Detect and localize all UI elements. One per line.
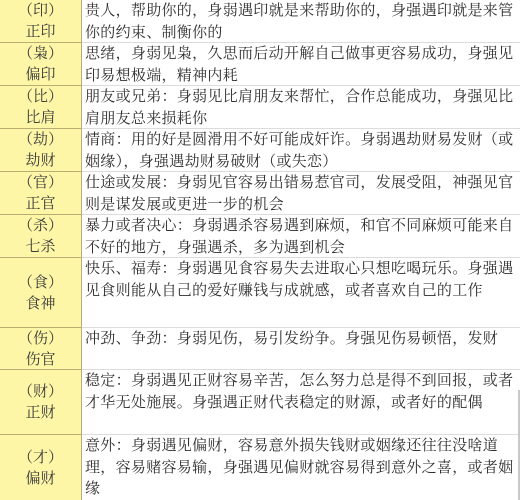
abbr-label: （才） bbox=[18, 447, 63, 468]
label-cell: （官） 正官 bbox=[0, 172, 82, 215]
label-cell: （印） 正印 bbox=[0, 0, 82, 43]
description-cell: 朋友或兄弟：身弱见比肩朋友来帮忙，合作总能成功，身强见比肩朋友总来损耗你 bbox=[82, 86, 520, 129]
name-label: 劫财 bbox=[25, 150, 55, 171]
abbr-label: （财） bbox=[18, 381, 63, 402]
table-row-bijian: （比） 比肩 朋友或兄弟：身弱见比肩朋友来帮忙，合作总能成功，身强见比肩朋友总来… bbox=[0, 86, 520, 129]
ten-gods-table: （印） 正印 贵人，帮助你的，身弱遇印就是来帮助你的，身强遇印就是来管你的约束、… bbox=[0, 0, 520, 500]
name-label: 比肩 bbox=[25, 107, 55, 128]
description-cell: 贵人，帮助你的，身弱遇印就是来帮助你的，身强遇印就是来管你的约束、制衡你的 bbox=[82, 0, 520, 43]
table-row-shangguan: （伤） 伤官 冲劲、争劲：身弱见伤，易引发纷争。身强见伤易顿悟，发财 bbox=[0, 328, 520, 370]
label-cell: （伤） 伤官 bbox=[0, 328, 82, 370]
description-cell: 情商：用的好是圆滑用不好可能成奸诈。身弱遇劫财易发财（或姻缘），身强遇劫财易破财… bbox=[82, 129, 520, 172]
description-cell: 冲劲、争劲：身弱见伤，易引发纷争。身强见伤易顿悟，发财 bbox=[82, 328, 520, 370]
table-row-zhengcai: （财） 正财 稳定：身弱遇见正财容易辛苦，怎么努力总是得不到回报，或者才华无处施… bbox=[0, 370, 520, 435]
abbr-label: （杀） bbox=[18, 215, 63, 236]
name-label: 正财 bbox=[25, 402, 55, 423]
name-label: 食神 bbox=[25, 293, 55, 314]
table-row-jiecai: （劫） 劫财 情商：用的好是圆滑用不好可能成奸诈。身弱遇劫财易发财（或姻缘），身… bbox=[0, 129, 520, 172]
name-label: 正官 bbox=[25, 193, 55, 214]
abbr-label: （劫） bbox=[18, 129, 63, 150]
label-cell: （劫） 劫财 bbox=[0, 129, 82, 172]
description-cell: 暴力或者决心：身弱遇杀容易遇到麻烦，和官不同麻烦可能来自不好的地方，身强遇杀，多… bbox=[82, 215, 520, 258]
table-row-piancai: （才） 偏财 意外：身弱遇见偏财，容易意外损失钱财或姻缘还往往没啥道理，容易赌容… bbox=[0, 435, 520, 500]
label-cell: （财） 正财 bbox=[0, 370, 82, 435]
label-cell: （才） 偏财 bbox=[0, 435, 82, 500]
description-cell: 稳定：身弱遇见正财容易辛苦，怎么努力总是得不到回报，或者才华无处施展。身强遇正财… bbox=[82, 370, 520, 435]
label-cell: （杀） 七杀 bbox=[0, 215, 82, 258]
label-cell: （枭） 偏印 bbox=[0, 43, 82, 86]
abbr-label: （食） bbox=[18, 272, 63, 293]
table-row-zhengyin: （印） 正印 贵人，帮助你的，身弱遇印就是来帮助你的，身强遇印就是来管你的约束、… bbox=[0, 0, 520, 43]
name-label: 七杀 bbox=[25, 236, 55, 257]
description-cell: 仕途或发展：身弱见官容易出错易惹官司，发展受阻，神强见官则是谋发展或更进一步的机… bbox=[82, 172, 520, 215]
table-row-zhengguan: （官） 正官 仕途或发展：身弱见官容易出错易惹官司，发展受阻，神强见官则是谋发展… bbox=[0, 172, 520, 215]
abbr-label: （比） bbox=[18, 86, 63, 107]
abbr-label: （印） bbox=[18, 0, 63, 21]
table-row-qisha: （杀） 七杀 暴力或者决心：身弱遇杀容易遇到麻烦，和官不同麻烦可能来自不好的地方… bbox=[0, 215, 520, 258]
label-cell: （食） 食神 bbox=[0, 258, 82, 328]
name-label: 偏印 bbox=[25, 64, 55, 85]
table-row-pianyin: （枭） 偏印 思绪，身弱见枭，久思而后动开解自己做事更容易成功，身强见印易想极端… bbox=[0, 43, 520, 86]
label-cell: （比） 比肩 bbox=[0, 86, 82, 129]
name-label: 正印 bbox=[25, 21, 55, 42]
abbr-label: （枭） bbox=[18, 43, 63, 64]
abbr-label: （伤） bbox=[18, 328, 63, 349]
description-cell: 意外：身弱遇见偏财，容易意外损失钱财或姻缘还往往没啥道理，容易赌容易输，身强遇见… bbox=[82, 435, 520, 500]
abbr-label: （官） bbox=[18, 172, 63, 193]
name-label: 伤官 bbox=[25, 349, 55, 370]
name-label: 偏财 bbox=[25, 468, 55, 489]
description-cell: 思绪，身弱见枭，久思而后动开解自己做事更容易成功，身强见印易想极端，精神内耗 bbox=[82, 43, 520, 86]
description-cell: 快乐、福寿：身弱遇见食容易失去进取心只想吃喝玩乐。身强遇见食则能从自己的爱好赚钱… bbox=[82, 258, 520, 328]
table-row-shishen: （食） 食神 快乐、福寿：身弱遇见食容易失去进取心只想吃喝玩乐。身强遇见食则能从… bbox=[0, 258, 520, 328]
